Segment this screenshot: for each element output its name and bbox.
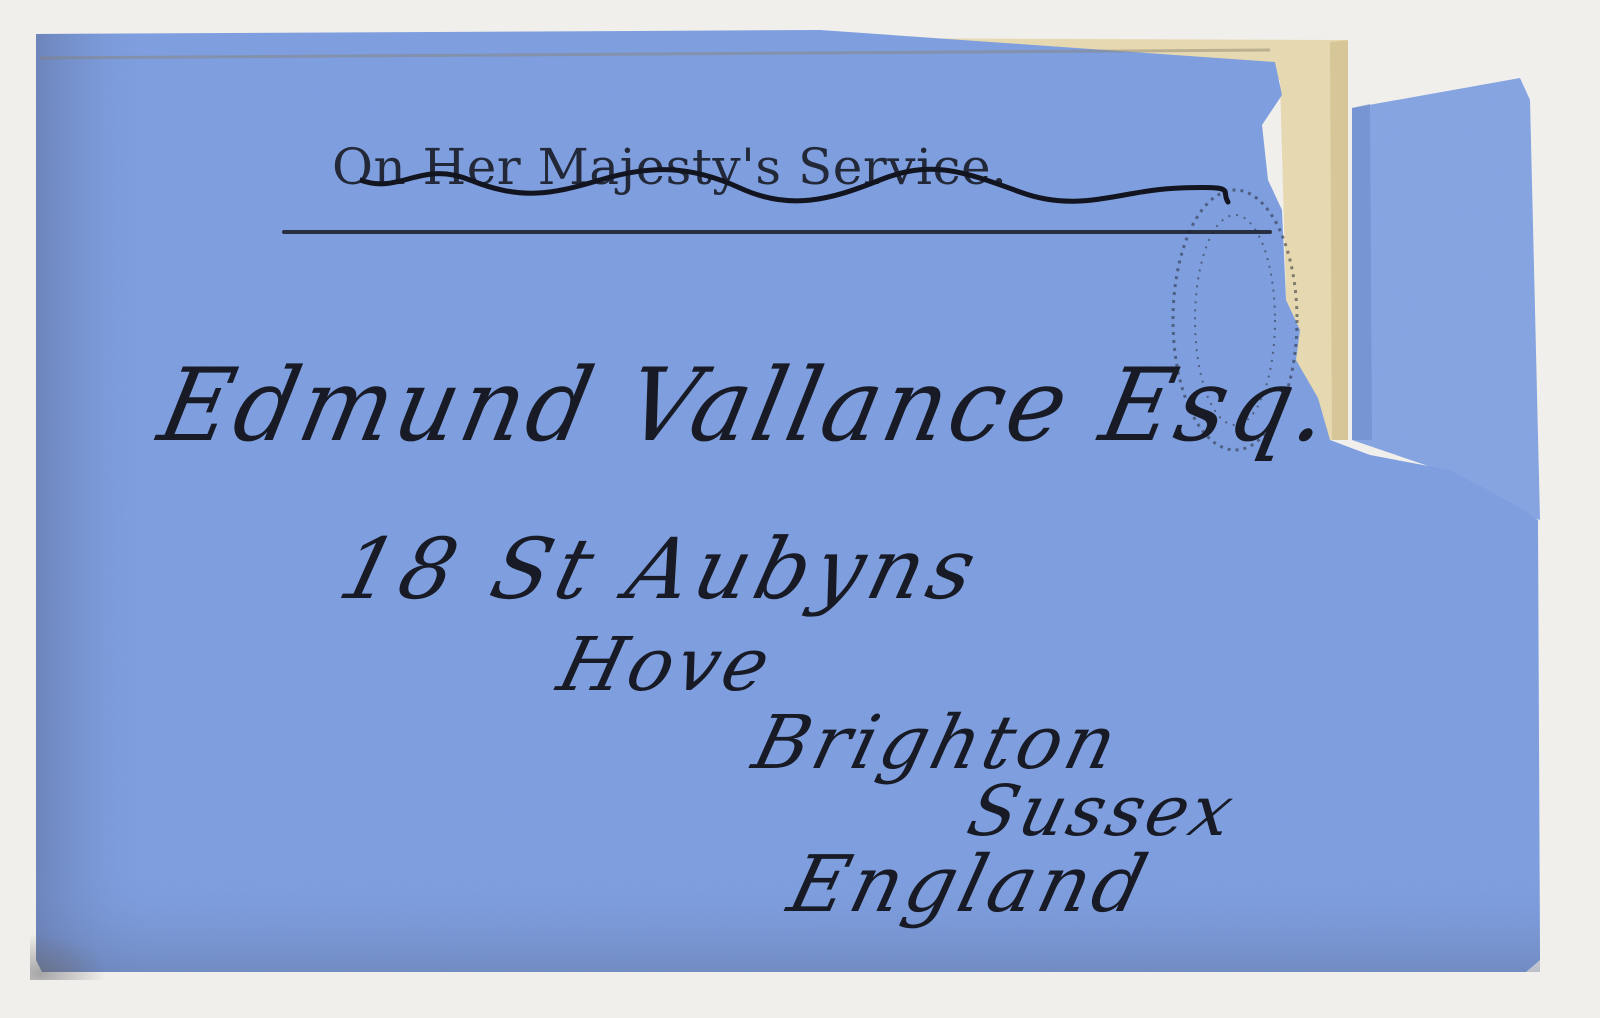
address-district: Hove bbox=[550, 622, 782, 708]
address-country: England bbox=[780, 840, 1159, 930]
torn-flap bbox=[1352, 78, 1540, 520]
envelope-photo: On Her Majesty's Service. Edmund Vallanc… bbox=[0, 0, 1600, 1018]
address-street: 18 St Aubyns bbox=[330, 520, 991, 618]
heading-rule bbox=[282, 230, 1272, 234]
address-name: Edmund Vallance Esq. bbox=[150, 346, 1344, 464]
printed-heading: On Her Majesty's Service. bbox=[332, 138, 1007, 196]
